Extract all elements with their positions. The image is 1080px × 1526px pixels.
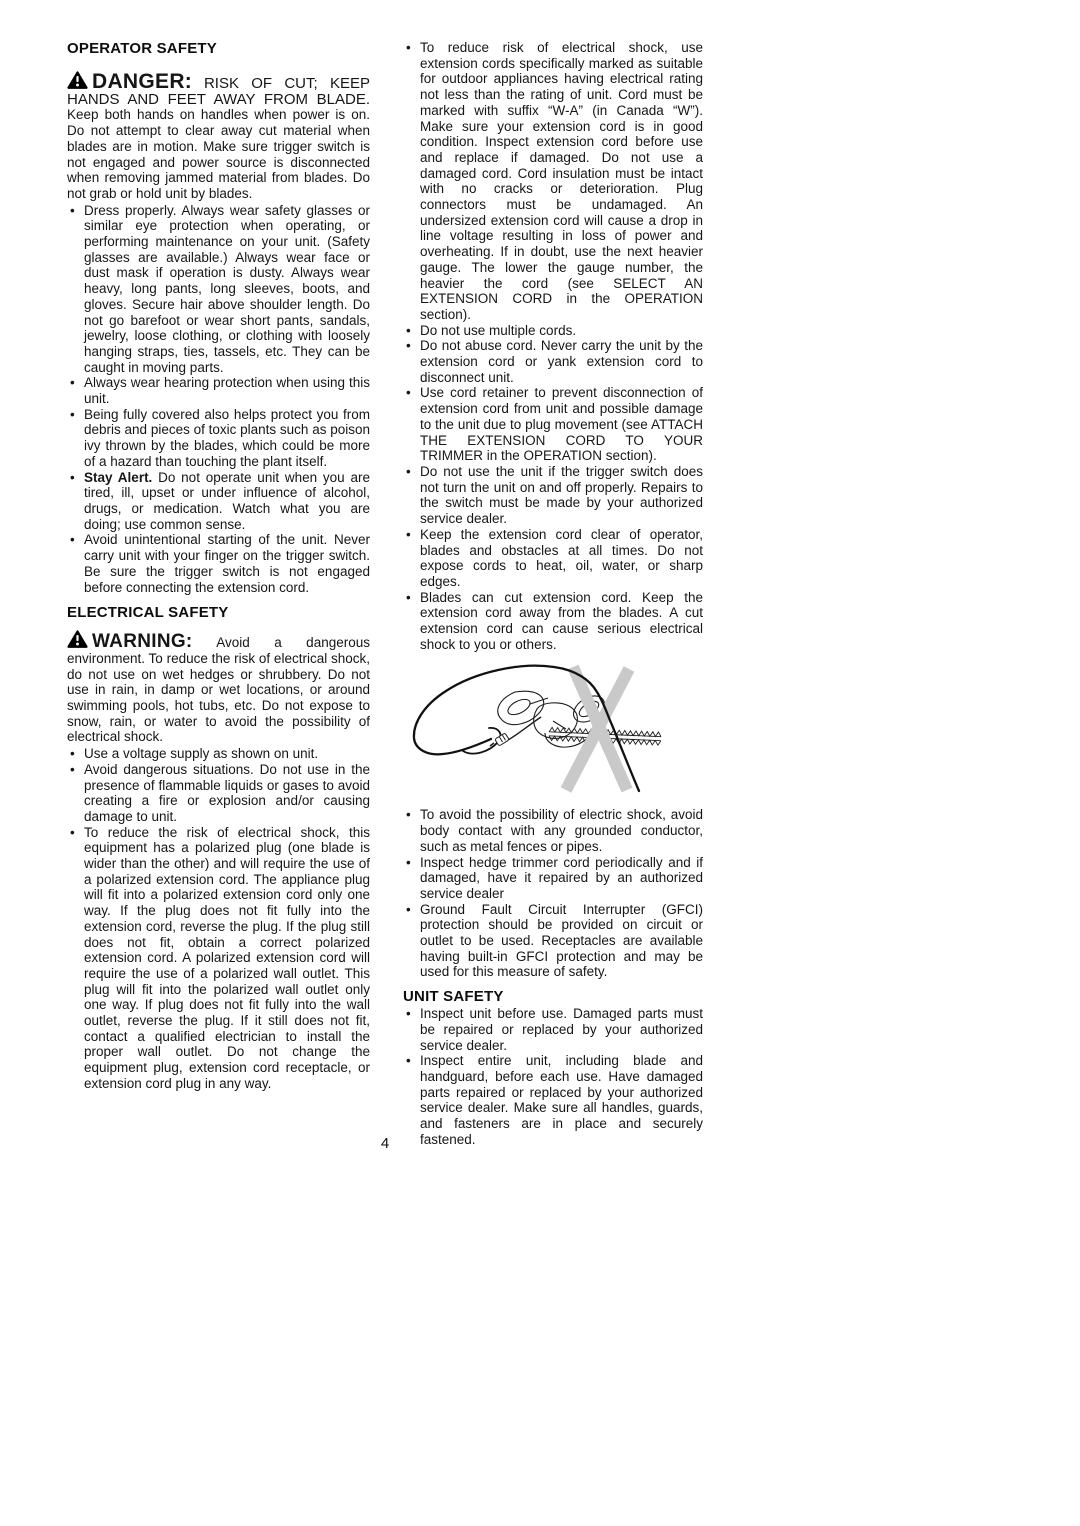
bullet-item: Use cord retainer to prevent disconnecti… — [403, 385, 703, 464]
section-heading-unit-safety: UNIT SAFETY — [403, 988, 703, 1005]
danger-statement: DANGER: RISK OF CUT; KEEP HANDS AND FEET… — [67, 71, 370, 202]
bullet-item: Dress properly. Always wear safety glass… — [67, 203, 370, 376]
electrical-safety-list-after-figure: To avoid the possibility of electric sho… — [403, 807, 703, 980]
electrical-safety-list: Use a voltage supply as shown on unit. A… — [67, 746, 370, 1091]
bullet-item: Avoid unintentional starting of the unit… — [67, 532, 370, 595]
electrical-safety-list-continued: To reduce risk of electrical shock, use … — [403, 40, 703, 652]
bullet-item: Inspect unit before use. Damaged parts m… — [403, 1006, 703, 1053]
two-column-text: OPERATOR SAFETY DANGER: RISK OF CUT; KEE… — [67, 40, 703, 1147]
warning-triangle-icon — [67, 71, 88, 89]
warning-body: Avoid a dangerous environment. To reduce… — [67, 635, 370, 744]
stay-alert-label: Stay Alert. — [84, 470, 152, 485]
warning-triangle-icon — [67, 630, 88, 648]
bullet-item: Inspect entire unit, including blade and… — [403, 1053, 703, 1147]
bullet-item: Do not use multiple cords. — [403, 323, 703, 339]
operator-safety-list: Dress properly. Always wear safety glass… — [67, 203, 370, 596]
bullet-item: Use a voltage supply as shown on unit. — [67, 746, 370, 762]
prohibition-x-mark — [566, 667, 629, 790]
bullet-item: Do not use the unit if the trigger switc… — [403, 464, 703, 527]
bullet-item: Avoid dangerous situations. Do not use i… — [67, 762, 370, 825]
do-not-cut-cord-figure — [403, 659, 703, 797]
page-number: 4 — [67, 1135, 703, 1152]
bullet-item: To avoid the possibility of electric sho… — [403, 807, 703, 854]
bullet-item: Stay Alert. Do not operate unit when you… — [67, 470, 370, 533]
bullet-item: Blades can cut extension cord. Keep the … — [403, 590, 703, 653]
bullet-item: Keep the extension cord clear of operato… — [403, 527, 703, 590]
bullet-item: To reduce the risk of electrical shock, … — [67, 825, 370, 1092]
bullet-item: Always wear hearing protection when usin… — [67, 375, 370, 406]
plug-icon — [490, 733, 509, 746]
danger-body: Keep both hands on handles when power is… — [67, 107, 370, 201]
warning-statement: WARNING: Avoid a dangerous environment. … — [67, 630, 370, 745]
right-column: To reduce risk of electrical shock, use … — [403, 40, 703, 1147]
section-heading-electrical-safety: ELECTRICAL SAFETY — [67, 604, 370, 621]
warning-label: WARNING: — [92, 631, 193, 652]
section-heading-operator-safety: OPERATOR SAFETY — [67, 40, 370, 57]
left-column: OPERATOR SAFETY DANGER: RISK OF CUT; KEE… — [67, 40, 370, 1147]
manual-page: OPERATOR SAFETY DANGER: RISK OF CUT; KEE… — [0, 0, 1080, 1526]
unit-safety-list: Inspect unit before use. Damaged parts m… — [403, 1006, 703, 1147]
bullet-item: Do not abuse cord. Never carry the unit … — [403, 338, 703, 385]
bullet-item: Ground Fault Circuit Interrupter (GFCI) … — [403, 902, 703, 981]
danger-label: DANGER: — [92, 70, 192, 93]
bullet-item: To reduce risk of electrical shock, use … — [403, 40, 703, 323]
bullet-item: Inspect hedge trimmer cord periodically … — [403, 855, 703, 902]
bullet-item: Being fully covered also helps protect y… — [67, 407, 370, 470]
